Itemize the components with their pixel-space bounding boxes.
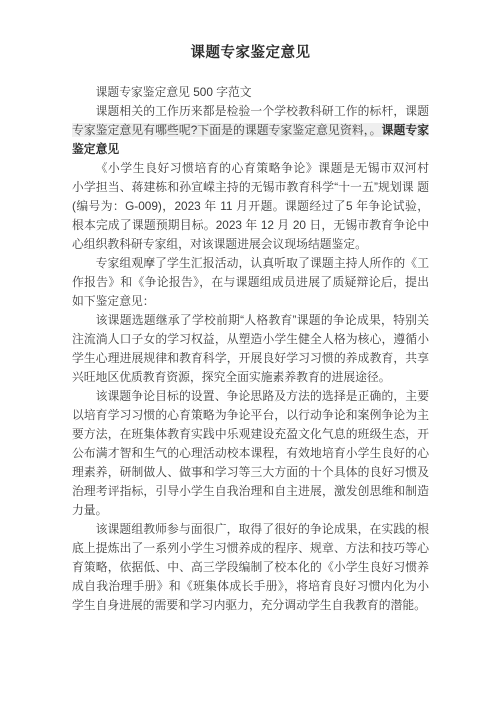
paragraph: 该课题选题继承了学校前期“人格教育”课题的争论成果，特别关注流淌人口子女的学习权… — [72, 311, 429, 387]
text-run: 《小学生良好习惯培育的心育策略争论》课题是无锡市双河村 小学担当、蒋建栋和孙宣嵘… — [72, 161, 429, 251]
text-run: 课题专家 — [382, 123, 429, 137]
text-run: 该课题组教师参与面很广，取得了很好的争论成果，在实践的根底上提炼出了一系列小学生… — [72, 522, 429, 612]
text-run: 课题相关的工作历来都是检验一个学校教科研工作的标杆，课题 — [96, 104, 429, 118]
text-run: 课题专家鉴定意见 500 字范文 — [96, 85, 252, 99]
text-run: 专家组观摩了学生汇报活动，认真听取了课题主持人所作的《工作报告》和《争论报告》，… — [72, 256, 429, 308]
text-run: 该课题选题继承了学校前期“人格教育”课题的争论成果，特别关注流淌人口子女的学习权… — [72, 313, 429, 384]
paragraph: 该课题组教师参与面很广，取得了很好的争论成果，在实践的根底上提炼出了一系列小学生… — [72, 520, 429, 615]
document-body: 课题专家鉴定意见 500 字范文课题相关的工作历来都是检验一个学校教科研工作的标… — [72, 83, 429, 615]
paragraph: 课题专家鉴定意见 500 字范文 — [72, 83, 429, 102]
document-page: 课题专家鉴定意见 课题专家鉴定意见 500 字范文课题相关的工作历来都是检验一个… — [0, 0, 500, 707]
paragraph: 该课题争论目标的设置、争论思路及方法的选择是正确的，主要以培育学习习惯的心育策略… — [72, 387, 429, 520]
document-title: 课题专家鉴定意见 — [72, 44, 429, 62]
text-run: 该课题争论目标的设置、争论思路及方法的选择是正确的，主要以培育学习习惯的心育策略… — [72, 389, 429, 517]
text-run: 鉴定意见 — [72, 142, 119, 156]
paragraph: 《小学生良好习惯培育的心育策略争论》课题是无锡市双河村 小学担当、蒋建栋和孙宣嵘… — [72, 159, 429, 254]
paragraph: 专家组观摩了学生汇报活动，认真听取了课题主持人所作的《工作报告》和《争论报告》，… — [72, 254, 429, 311]
paragraph: 课题相关的工作历来都是检验一个学校教科研工作的标杆，课题专家鉴定意见有哪些呢?下… — [72, 102, 429, 159]
text-run: 专家鉴定意见有哪些呢?下面是的课题专家鉴定意见资料，。 — [72, 123, 382, 137]
